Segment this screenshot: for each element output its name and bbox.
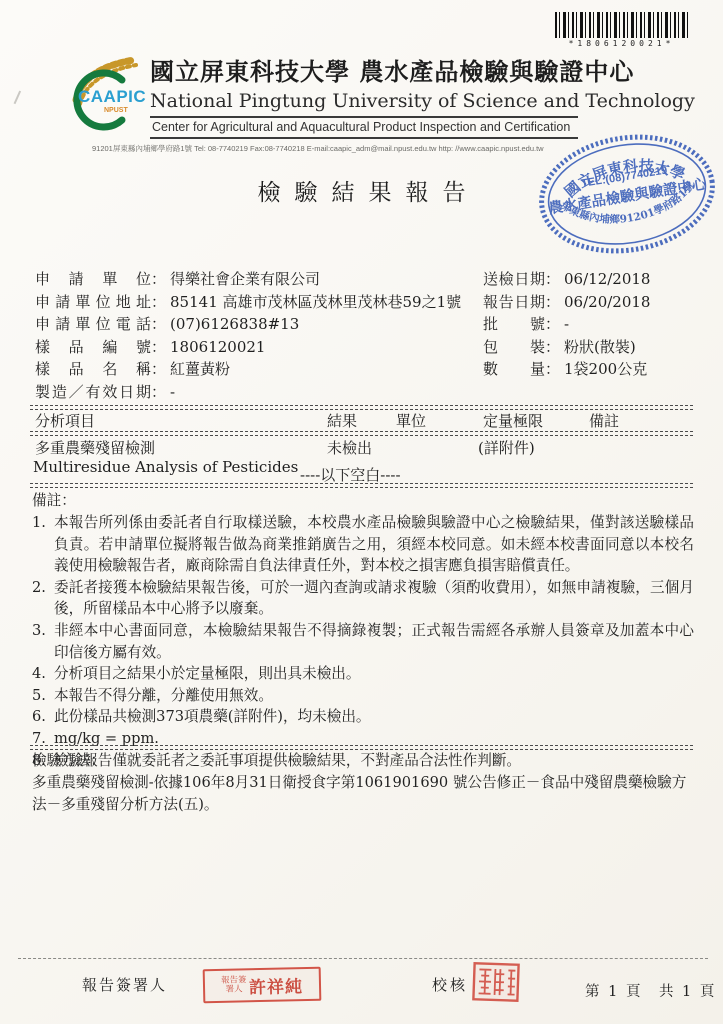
note-text: 非經本中心書面同意，本檢驗結果報告不得摘錄複製；正式報告需經各承辦人員簽章及加蓋… [54,620,694,663]
info-label: 製造／有效日期 [35,381,151,404]
method-text: 多重農藥殘留檢測-依據106年8月31日衛授食字第1061901690 號公告修… [32,772,694,816]
info-value: 06/20/2018 [564,291,650,314]
info-value: 1806120021 [170,336,265,359]
info-row: 申請單位地址：85141 高雄市茂林區茂林里茂林巷59之1號 [35,291,475,314]
signer-stamp-title: 報告簽署人 [221,976,247,995]
info-colon: ： [151,336,166,359]
info-label: 包裝 [483,336,545,359]
info-row: 申請單位電話：(07)6126838#13 [35,313,475,336]
note-item: 4. 分析項目之結果小於定量極限，則出具未檢出。 [32,663,694,685]
info-label: 樣品名稱 [35,358,151,381]
info-row: 樣品名稱：紅薑黃粉 [35,358,475,381]
applicant-info: 申請單位：得樂社會企業有限公司 申請單位地址：85141 高雄市茂林區茂林里茂林… [35,268,475,404]
note-text: 本報告所列係由委託者自行取樣送驗，本校農水產品檢驗與驗證中心之檢驗結果，僅對該送… [54,512,694,577]
col-header-remark: 備註 [589,410,619,431]
barcode-bars-icon [555,12,688,38]
info-label: 送檢日期 [483,268,545,291]
note-text: 此份樣品共檢測373項農藥(詳附件)，均未檢出。 [54,706,694,728]
info-colon: ： [151,358,166,381]
note-number: 6. [32,706,54,728]
col-header-item: 分析項目 [35,410,95,431]
info-label: 申請單位電話 [35,313,151,336]
note-item: 5. 本報告不得分離，分離使用無效。 [32,685,694,707]
info-row: 製造／有效日期：- [35,381,475,404]
note-number: 3. [32,620,54,663]
method-title: 檢驗方法： [32,750,694,772]
info-row: 送檢日期：06/12/2018 [483,268,718,291]
info-row: 包裝：粉狀(散裝) [483,336,718,359]
info-value: 1袋200公克 [564,358,647,381]
sample-barcode: *1806120021* [549,12,694,48]
note-number: 5. [32,685,54,707]
table-border-bottom [30,483,693,488]
info-value: - [564,313,569,336]
center-banner: Center for Agricultural and Aquacultural… [150,116,578,139]
info-row: 樣品編號：1806120021 [35,336,475,359]
info-colon: ： [545,358,560,381]
report-meta-info: 送檢日期：06/12/2018 報告日期：06/20/2018 批號：- 包裝：… [483,268,718,381]
end-of-list-marker: ----以下空白---- [300,464,401,485]
analysis-item-zh: 多重農藥殘留檢測 [35,437,155,458]
note-number: 4. [32,663,54,685]
info-value: 粉狀(散裝) [564,336,636,359]
caapic-logo-icon: CAAPIC NPUST [56,54,148,132]
info-value: - [170,381,175,404]
note-number: 1. [32,512,54,577]
analysis-loq: (詳附件) [478,437,535,458]
info-row: 申請單位：得樂社會企業有限公司 [35,268,475,291]
info-colon: ： [545,313,560,336]
reviewer-label: 校核 [432,974,468,995]
info-value: (07)6126838#13 [170,313,299,336]
signer-label: 報告簽署人 [82,974,167,995]
info-label: 申請單位 [35,268,151,291]
col-header-unit: 單位 [396,410,426,431]
notes-title: 備註： [32,490,694,512]
note-item: 1. 本報告所列係由委託者自行取樣送驗，本校農水產品檢驗與驗證中心之檢驗結果，僅… [32,512,694,577]
report-title: 檢驗結果報告 [0,174,723,207]
page-number: 第 1 頁 共 1 頁 [585,980,716,1001]
info-colon: ： [151,291,166,314]
table-header-divider [30,431,693,436]
method-section: 檢驗方法： 多重農藥殘留檢測-依據106年8月31日衛授食字第106190169… [32,750,694,816]
svg-text:CAAPIC: CAAPIC [78,87,146,106]
org-title-zh: 國立屏東科技大學 農水產品檢驗與驗證中心 [150,52,710,87]
svg-text:NPUST: NPUST [104,107,128,114]
signer-stamp-name: 許祥純 [249,972,304,998]
analysis-item-en: Multiresidue Analysis of Pesticides [33,458,298,476]
note-item: 6. 此份樣品共檢測373項農藥(詳附件)，均未檢出。 [32,706,694,728]
info-colon: ： [151,313,166,336]
analysis-result: 未檢出 [327,437,372,458]
col-header-result: 結果 [327,410,357,431]
note-item: 2. 委託者接獲本檢驗結果報告後，可於一週內查詢或請求複驗（須酌收費用），如無申… [32,577,694,620]
col-header-loq: 定量極限 [483,410,543,431]
note-text: 本報告不得分離，分離使用無效。 [54,685,694,707]
info-label: 申請單位地址 [35,291,151,314]
reviewer-seal-stamp [471,961,520,1003]
info-colon: ： [545,336,560,359]
pen-mark [14,91,29,108]
info-value: 紅薑黃粉 [170,358,230,381]
info-label: 樣品編號 [35,336,151,359]
info-label: 報告日期 [483,291,545,314]
info-row: 數量：1袋200公克 [483,358,718,381]
info-label: 批號 [483,313,545,336]
signer-name-stamp: 報告簽署人 許祥純 [203,967,322,1003]
info-value: 06/12/2018 [564,268,650,291]
org-title-en: National Pingtung University of Science … [150,90,710,112]
signature-divider [18,958,708,959]
info-colon: ： [151,381,166,404]
info-label: 數量 [483,358,545,381]
note-number: 2. [32,577,54,620]
report-page: *1806120021* CAAPIC NPUST 國立屏東科技大學 農水產品檢… [0,0,723,1024]
info-value: 85141 高雄市茂林區茂林里茂林巷59之1號 [170,291,461,314]
notes-list: 1. 本報告所列係由委託者自行取樣送驗，本校農水產品檢驗與驗證中心之檢驗結果，僅… [32,512,694,771]
info-colon: ： [545,291,560,314]
barcode-number: *1806120021* [549,39,694,48]
info-value: 得樂社會企業有限公司 [170,268,320,291]
note-text: 委託者接獲本檢驗結果報告後，可於一週內查詢或請求複驗（須酌收費用），如無申請複驗… [54,577,694,620]
notes-section: 備註： 1. 本報告所列係由委託者自行取樣送驗，本校農水產品檢驗與驗證中心之檢驗… [32,490,694,771]
info-colon: ： [151,268,166,291]
info-row: 報告日期：06/20/2018 [483,291,718,314]
info-colon: ： [545,268,560,291]
info-row: 批號：- [483,313,718,336]
note-text: 分析項目之結果小於定量極限，則出具未檢出。 [54,663,694,685]
note-item: 3. 非經本中心書面同意，本檢驗結果報告不得摘錄複製；正式報告需經各承辦人員簽章… [32,620,694,663]
